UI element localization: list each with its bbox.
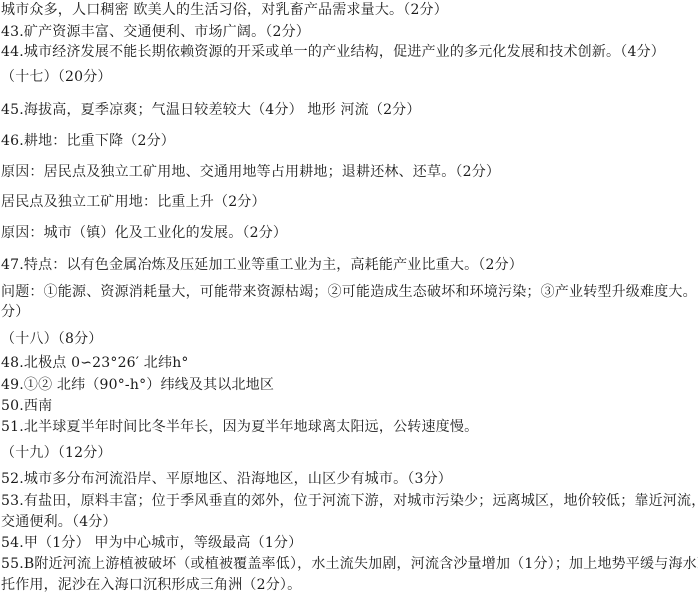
text-line-q42-cont: 城市众多，人口稠密 欧美人的生活习俗，对乳畜产品需求量大。（2分）	[1, 1, 448, 19]
section-heading-19: （十九）（12分）	[1, 444, 112, 462]
text-line-q53: 53.有盐田，原料丰富；位于季风垂直的郊外，位于河流下游，对城市污染少；远离城区…	[1, 492, 698, 510]
text-line-q46-part-2: 居民点及独立工矿用地：比重上升（2分）	[1, 193, 266, 211]
section-heading-17: （十七）（20分）	[1, 68, 112, 86]
text-line-q52: 52.城市多分布河流沿岸、平原地区、沿海地区，山区少有城市。（3分）	[1, 470, 452, 488]
text-line-q54: 54.甲（1分） 甲为中心城市，等级最高（1分）	[1, 534, 302, 552]
text-line-q53-cont: 交通便利。（4分）	[1, 513, 117, 531]
text-line-q48: 48.北极点 0∽23°26′ 北纬h°	[1, 354, 189, 372]
text-line-q46-reason-1: 原因：居民点及独立工矿用地、交通用地等占用耕地；退耕还林、还草。（2分）	[1, 163, 500, 181]
section-heading-18: （十八）（8分）	[1, 330, 103, 348]
text-line-q55: 55.B附近河流上游植被破坏（或植被覆盖率低），水土流失加剧，河流含沙量增加（1…	[1, 555, 698, 573]
text-line-q46-reason-2: 原因：城市（镇）化及工业化的发展。（2分）	[1, 224, 287, 242]
text-line-q46: 46.耕地：比重下降（2分）	[1, 132, 175, 150]
text-line-q47: 47.特点：以有色金属冶炼及压延加工业等重工业为主，高耗能产业比重大。（2分）	[1, 256, 523, 274]
text-line-q51: 51.北半球夏半年时间比冬半年长，因为夏半年地球离太阳远，公转速度慢。	[1, 418, 478, 436]
text-line-q49: 49.①② 北纬（90°-h°）纬线及其以北地区	[1, 376, 274, 394]
text-line-q55-cont: 托作用，泥沙在入海口沉积形成三角洲（2分）。	[1, 576, 301, 594]
text-line-q43: 43.矿产资源丰富、交通便利、市场广阔。（2分）	[1, 23, 310, 41]
text-line-q45: 45.海拔高，夏季凉爽；气温日较差较大（4分） 地形 河流（2分）	[1, 101, 421, 119]
text-line-q47-problems: 问题：①能源、资源消耗量大，可能带来资源枯竭；②可能造成生态破坏和环境污染；③产…	[1, 283, 698, 301]
text-line-q50: 50.西南	[1, 397, 52, 415]
text-line-q44: 44.城市经济发展不能长期依赖资源的开采或单一的产业结构，促进产业的多元化发展和…	[1, 43, 665, 61]
text-line-q47-problems-cont: 分）	[1, 303, 29, 321]
